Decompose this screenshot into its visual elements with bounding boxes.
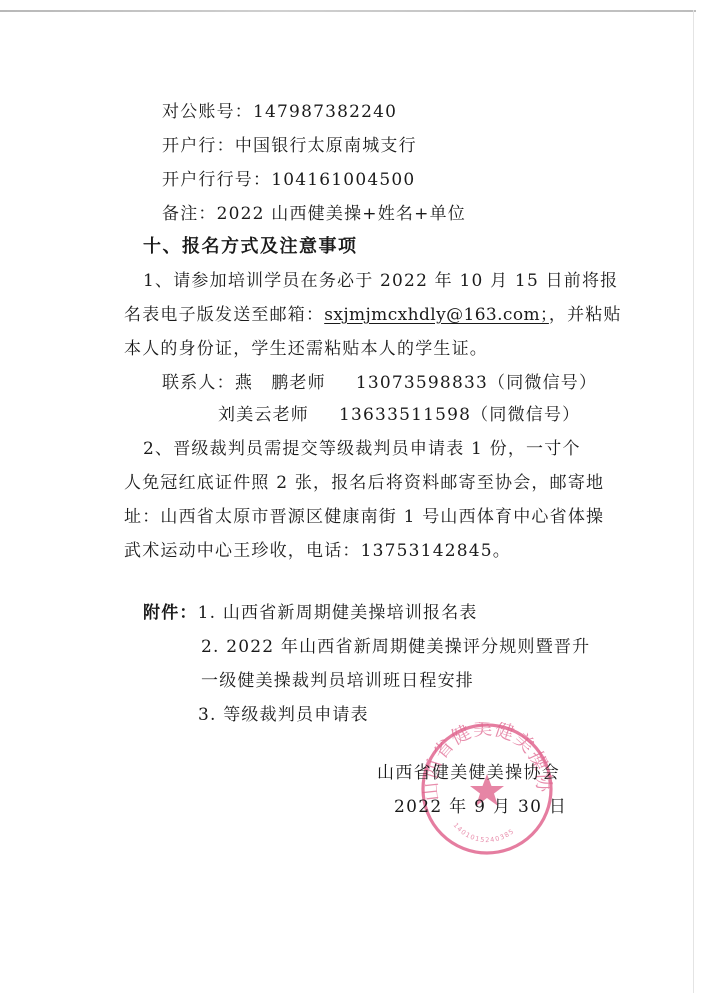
item2-line3: 址：山西省太原市晋源区健康南街 1 号山西体育中心省体操 — [124, 506, 604, 528]
bank-code-line: 开户行行号：104161004500 — [162, 169, 415, 191]
official-seal-icon: 山西省健美健美操协会 1401015240385 — [420, 722, 554, 856]
contact-name: 刘美云老师 — [218, 405, 309, 425]
remark-value: 2022 山西健美操+姓名+单位 — [217, 204, 466, 224]
item1-line3: 本人的身份证，学生还需粘贴本人的学生证。 — [124, 338, 488, 360]
attachments-label: 附件： — [143, 603, 198, 623]
section-heading: 十、报名方式及注意事项 — [143, 236, 358, 258]
bank-label: 开户行： — [162, 136, 235, 156]
item2-line2: 人免冠红底证件照 2 张，报名后将资料邮寄至协会，邮寄地 — [124, 472, 604, 494]
item1-line2-suffix: ，并粘贴 — [549, 305, 622, 325]
account-value: 147987382240 — [253, 102, 397, 122]
item1-line2: 名表电子版发送至邮箱：sxjmjmcxhdly@163.com；，并粘贴 — [124, 304, 622, 326]
bank-line: 开户行：中国银行太原南城支行 — [162, 135, 417, 157]
contact-phone: 13633511598（同微信号） — [339, 405, 580, 425]
attachment-item: 2. 2022 年山西省新周期健美操评分规则暨晋升 — [201, 636, 590, 658]
bank-value: 中国银行太原南城支行 — [235, 136, 417, 156]
bank-code-value: 104161004500 — [271, 170, 415, 190]
email-link[interactable]: sxjmjmcxhdly@163.com； — [324, 305, 549, 325]
remark-label: 备注： — [162, 204, 217, 224]
contact-row-1: 联系人：燕 鹏老师13073598833（同微信号） — [162, 372, 597, 394]
scan-edge-top — [0, 10, 696, 12]
contact-phone: 13073598833（同微信号） — [356, 373, 597, 393]
contact-name: 燕 鹏老师 — [235, 373, 326, 393]
contact-label: 联系人： — [162, 373, 235, 393]
account-label: 对公账号： — [162, 102, 253, 122]
attachment-item-continued: 一级健美操裁判员培训班日程安排 — [201, 670, 474, 692]
signature-organization: 山西省健美健美操协会 — [377, 762, 560, 784]
item1-line1: 1、请参加培训学员在务必于 2022 年 10 月 15 日前将报 — [143, 270, 618, 292]
signature-date: 2022 年 9 月 30 日 — [394, 796, 567, 818]
item2-line4: 武术运动中心王珍收，电话：13753142845。 — [124, 540, 511, 562]
attachment-item: 1. 山西省新周期健美操培训报名表 — [198, 603, 478, 623]
contact-row-2: 刘美云老师13633511598（同微信号） — [218, 404, 580, 426]
remark-line: 备注：2022 山西健美操+姓名+单位 — [162, 203, 466, 225]
item1-line2-prefix: 名表电子版发送至邮箱： — [124, 305, 324, 325]
svg-text:1401015240385: 1401015240385 — [452, 821, 517, 844]
attachment-row-1: 附件：1. 山西省新周期健美操培训报名表 — [143, 602, 478, 624]
scan-edge-right — [693, 10, 694, 993]
item2-line1: 2、晋级裁判员需提交等级裁判员申请表 1 份，一寸个 — [143, 438, 581, 460]
attachment-item: 3. 等级裁判员申请表 — [198, 704, 369, 726]
bank-code-label: 开户行行号： — [162, 170, 271, 190]
account-line: 对公账号：147987382240 — [162, 101, 397, 123]
